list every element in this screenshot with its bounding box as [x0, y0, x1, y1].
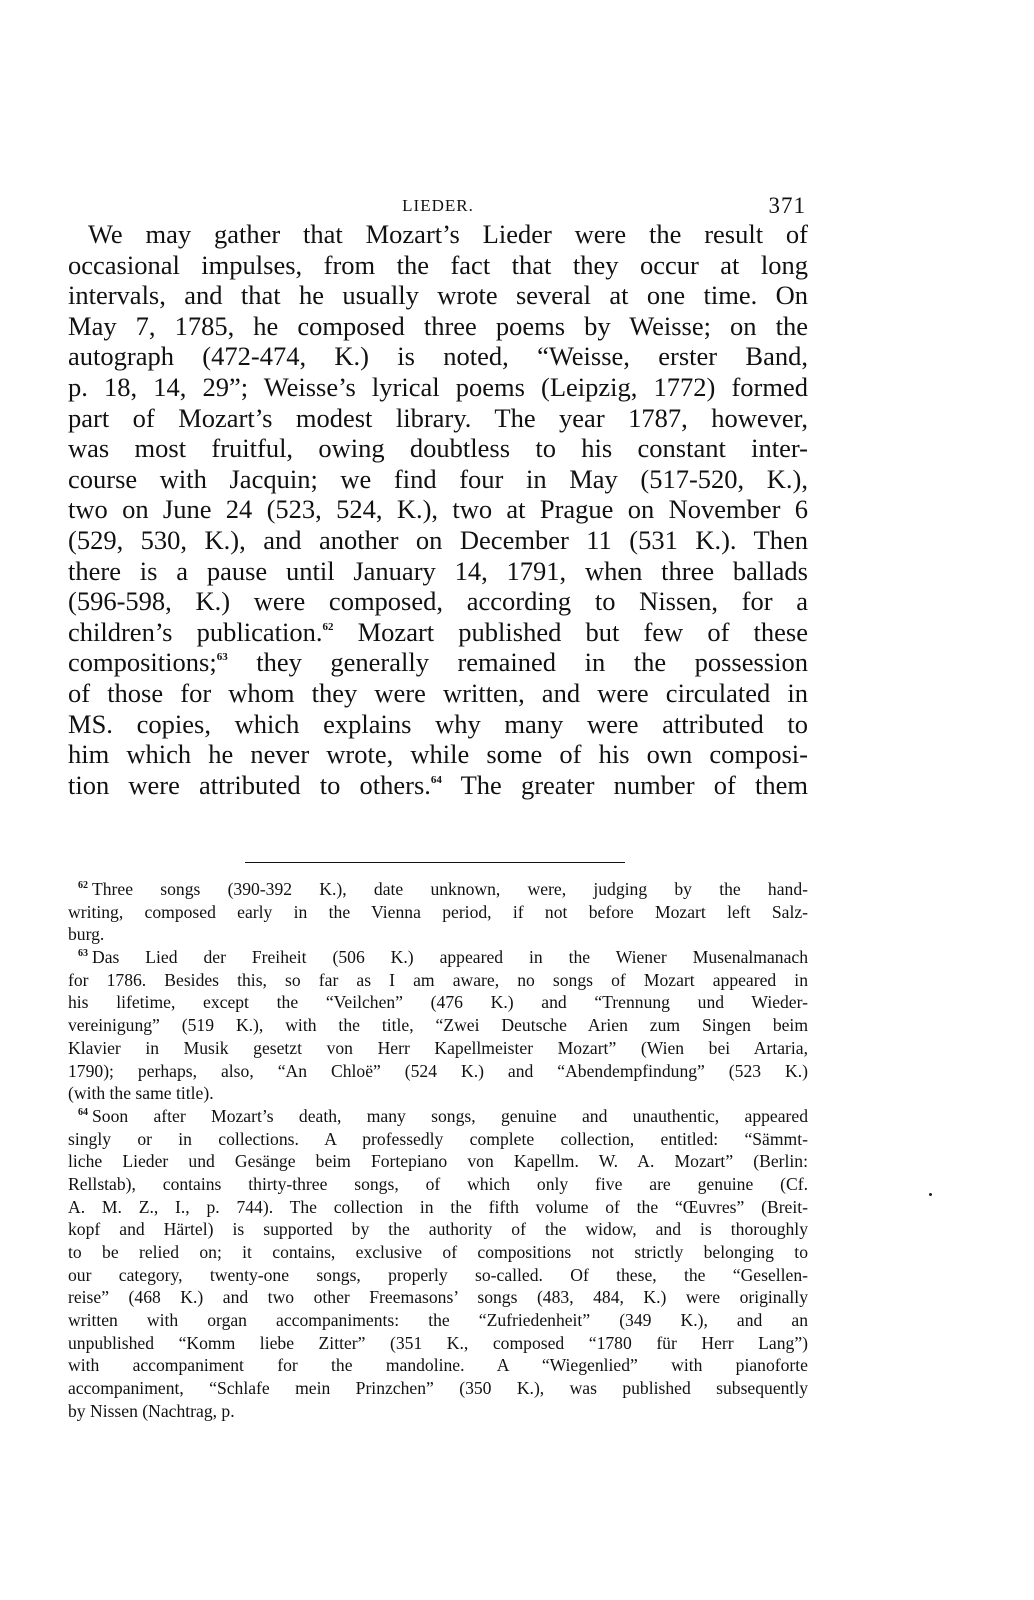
- footnote-64-line: reise” (468 K.) and two other Freemasons…: [68, 1286, 808, 1309]
- body-text-span: they generally remained in the possessio…: [228, 647, 808, 677]
- footnote-64-line: A. M. Z., I., p. 744). The collection in…: [68, 1196, 808, 1219]
- body-text-span: The greater number of them: [442, 770, 808, 800]
- footnotes-section: 62Three songs (390-392 K.), date unknown…: [68, 878, 808, 1423]
- footnote-64-line: kopf and Härtel) is supported by the aut…: [68, 1218, 808, 1241]
- body-line: compositions;63 they generally remained …: [68, 647, 808, 678]
- body-line: intervals, and that he usually wrote sev…: [68, 280, 808, 311]
- footnote-divider: [245, 862, 625, 863]
- body-line: occasional impulses, from the fact that …: [68, 250, 808, 281]
- body-line: (529, 530, K.), and another on December …: [68, 525, 808, 556]
- body-line: was most fruitful, owing doubtless to hi…: [68, 433, 808, 464]
- footnote-63-line: Klavier in Musik gesetzt von Herr Kapell…: [68, 1037, 808, 1060]
- footnote-63-line: for 1786. Besides this, so far as I am a…: [68, 969, 808, 992]
- body-line: tion were attributed to others.64 The gr…: [68, 770, 808, 801]
- footnote-64-line: unpublished “Komm liebe Zitter” (351 K.,…: [68, 1332, 808, 1355]
- footnote-64-line: with accompaniment for the mandoline. A …: [68, 1354, 808, 1377]
- footnote-62-line: 62Three songs (390-392 K.), date unknown…: [68, 878, 808, 901]
- body-line: part of Mozart’s modest library. The yea…: [68, 403, 808, 434]
- footnote-text: Das Lied der Freiheit (506 K.) appeared …: [92, 947, 808, 967]
- footnote-63-line: vereinigung” (519 K.), with the title, “…: [68, 1014, 808, 1037]
- body-line: children’s publication.62 Mozart publish…: [68, 617, 808, 648]
- footnote-64-line: our category, twenty-one songs, properly…: [68, 1264, 808, 1287]
- footnote-63-line: his lifetime, except the “Veilchen” (476…: [68, 991, 808, 1014]
- body-line: (596-598, K.) were composed, according t…: [68, 586, 808, 617]
- body-line: MS. copies, which explains why many were…: [68, 709, 808, 740]
- running-title: LIEDER.: [68, 196, 808, 216]
- footnote-64-line: accompaniment, “Schlafe mein Prinzchen” …: [68, 1377, 808, 1400]
- main-paragraph: We may gather that Mozart’s Lieder were …: [68, 219, 808, 800]
- footnote-text: Three songs (390-392 K.), date unknown, …: [92, 879, 808, 899]
- body-line: p. 18, 14, 29”; Weisse’s lyrical poems (…: [68, 372, 808, 403]
- body-line: two on June 24 (523, 524, K.), two at Pr…: [68, 494, 808, 525]
- footnote-63-line: 63Das Lied der Freiheit (506 K.) appeare…: [68, 946, 808, 969]
- body-text-span: compositions;: [68, 647, 217, 677]
- footnote-reference-64[interactable]: 64: [431, 774, 442, 786]
- footnote-reference-63[interactable]: 63: [217, 651, 228, 663]
- footnote-marker-63: 63: [78, 948, 88, 959]
- scan-speck: [929, 1193, 932, 1196]
- footnote-64-line: singly or in collections. A professedly …: [68, 1128, 808, 1151]
- footnote-marker-62: 62: [78, 880, 88, 891]
- footnote-64-line: Rellstab), contains thirty-three songs, …: [68, 1173, 808, 1196]
- footnote-marker-64: 64: [78, 1107, 88, 1118]
- body-line: autograph (472-474, K.) is noted, “Weiss…: [68, 341, 808, 372]
- footnote-64-line: liche Lieder und Gesänge beim Fortepiano…: [68, 1150, 808, 1173]
- footnote-63-line: (with the same title).: [68, 1082, 808, 1105]
- body-line: of those for whom they were written, and…: [68, 678, 808, 709]
- footnote-text: Soon after Mozart’s death, many songs, g…: [92, 1106, 808, 1126]
- footnote-64-line: written with organ accompaniments: the “…: [68, 1309, 808, 1332]
- body-line: May 7, 1785, he composed three poems by …: [68, 311, 808, 342]
- footnote-reference-62[interactable]: 62: [322, 621, 333, 633]
- footnote-63-line: 1790); perhaps, also, “An Chloë” (524 K.…: [68, 1060, 808, 1083]
- footnote-64-line: to be relied on; it contains, exclusive …: [68, 1241, 808, 1264]
- footnote-62-line: writing, composed early in the Vienna pe…: [68, 901, 808, 924]
- body-line: We may gather that Mozart’s Lieder were …: [68, 219, 808, 250]
- footnote-62-line: burg.: [68, 923, 808, 946]
- body-line: him which he never wrote, while some of …: [68, 739, 808, 770]
- footnote-64-line: by Nissen (Nachtrag, p.: [68, 1400, 808, 1423]
- body-text-span: Mozart published but few of these: [333, 617, 808, 647]
- body-text-span: tion were attributed to others.: [68, 770, 431, 800]
- body-line: course with Jacquin; we find four in May…: [68, 464, 808, 495]
- book-page: LIEDER. 371 We may gather that Mozart’s …: [68, 0, 808, 1600]
- page-number: 371: [769, 193, 807, 219]
- body-line: there is a pause until January 14, 1791,…: [68, 556, 808, 587]
- footnote-64-line: 64Soon after Mozart’s death, many songs,…: [68, 1105, 808, 1128]
- body-text-span: children’s publication.: [68, 617, 322, 647]
